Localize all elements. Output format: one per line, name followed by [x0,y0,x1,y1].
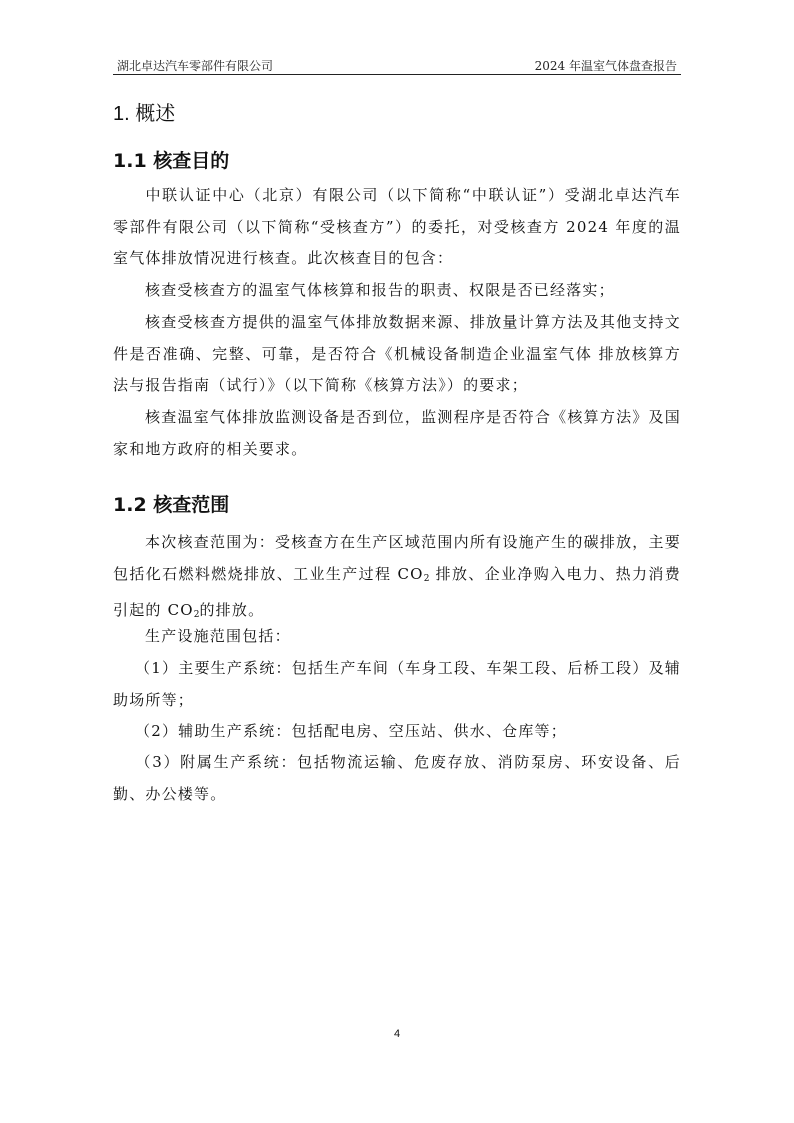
section-heading-1-2: 1.2 核查范围 [113,490,229,517]
page-number: 4 [0,1028,794,1040]
header-report-title: 2024 年温室气体盘查报告 [535,57,677,74]
purpose-paragraph-4: 核查温室气体排放监测设备是否到位，监测程序是否符合《核算方法》及国家和地方政府的… [113,402,681,465]
scope-item-3: （3）附属生产系统：包括物流运输、危废存放、消防泵房、环安设备、后勤、办公楼等。 [113,747,681,810]
page-header: 湖北卓达汽车零部件有限公司 2024 年温室气体盘查报告 [113,54,681,75]
section-heading-1-1: 1.1 核查目的 [113,146,229,173]
purpose-paragraph-2: 核查受核查方的温室气体核算和报告的职责、权限是否已经落实； [113,275,681,307]
scope-item-2: （2）辅助生产系统：包括配电房、空压站、供水、仓库等； [113,716,681,748]
scope-paragraph: 本次核查范围为：受核查方在生产区域范围内所有设施产生的碳排放，主要包括化石燃料燃… [113,527,681,632]
purpose-paragraph-1: 中联认证中心（北京）有限公司（以下简称“中联认证”）受湖北卓达汽车零部件有限公司… [113,180,681,275]
purpose-paragraph-3: 核查受核查方提供的温室气体排放数据来源、排放量计算方法及其他支持文件是否准确、完… [113,307,681,402]
header-company: 湖北卓达汽车零部件有限公司 [117,57,273,74]
section-heading-1: 1. 概述 [113,97,175,126]
scope-item-1: （1）主要生产系统：包括生产车间（车身工段、车架工段、后桥工段）及辅助场所等； [113,653,681,716]
scope-label: 生产设施范围包括： [113,621,681,653]
